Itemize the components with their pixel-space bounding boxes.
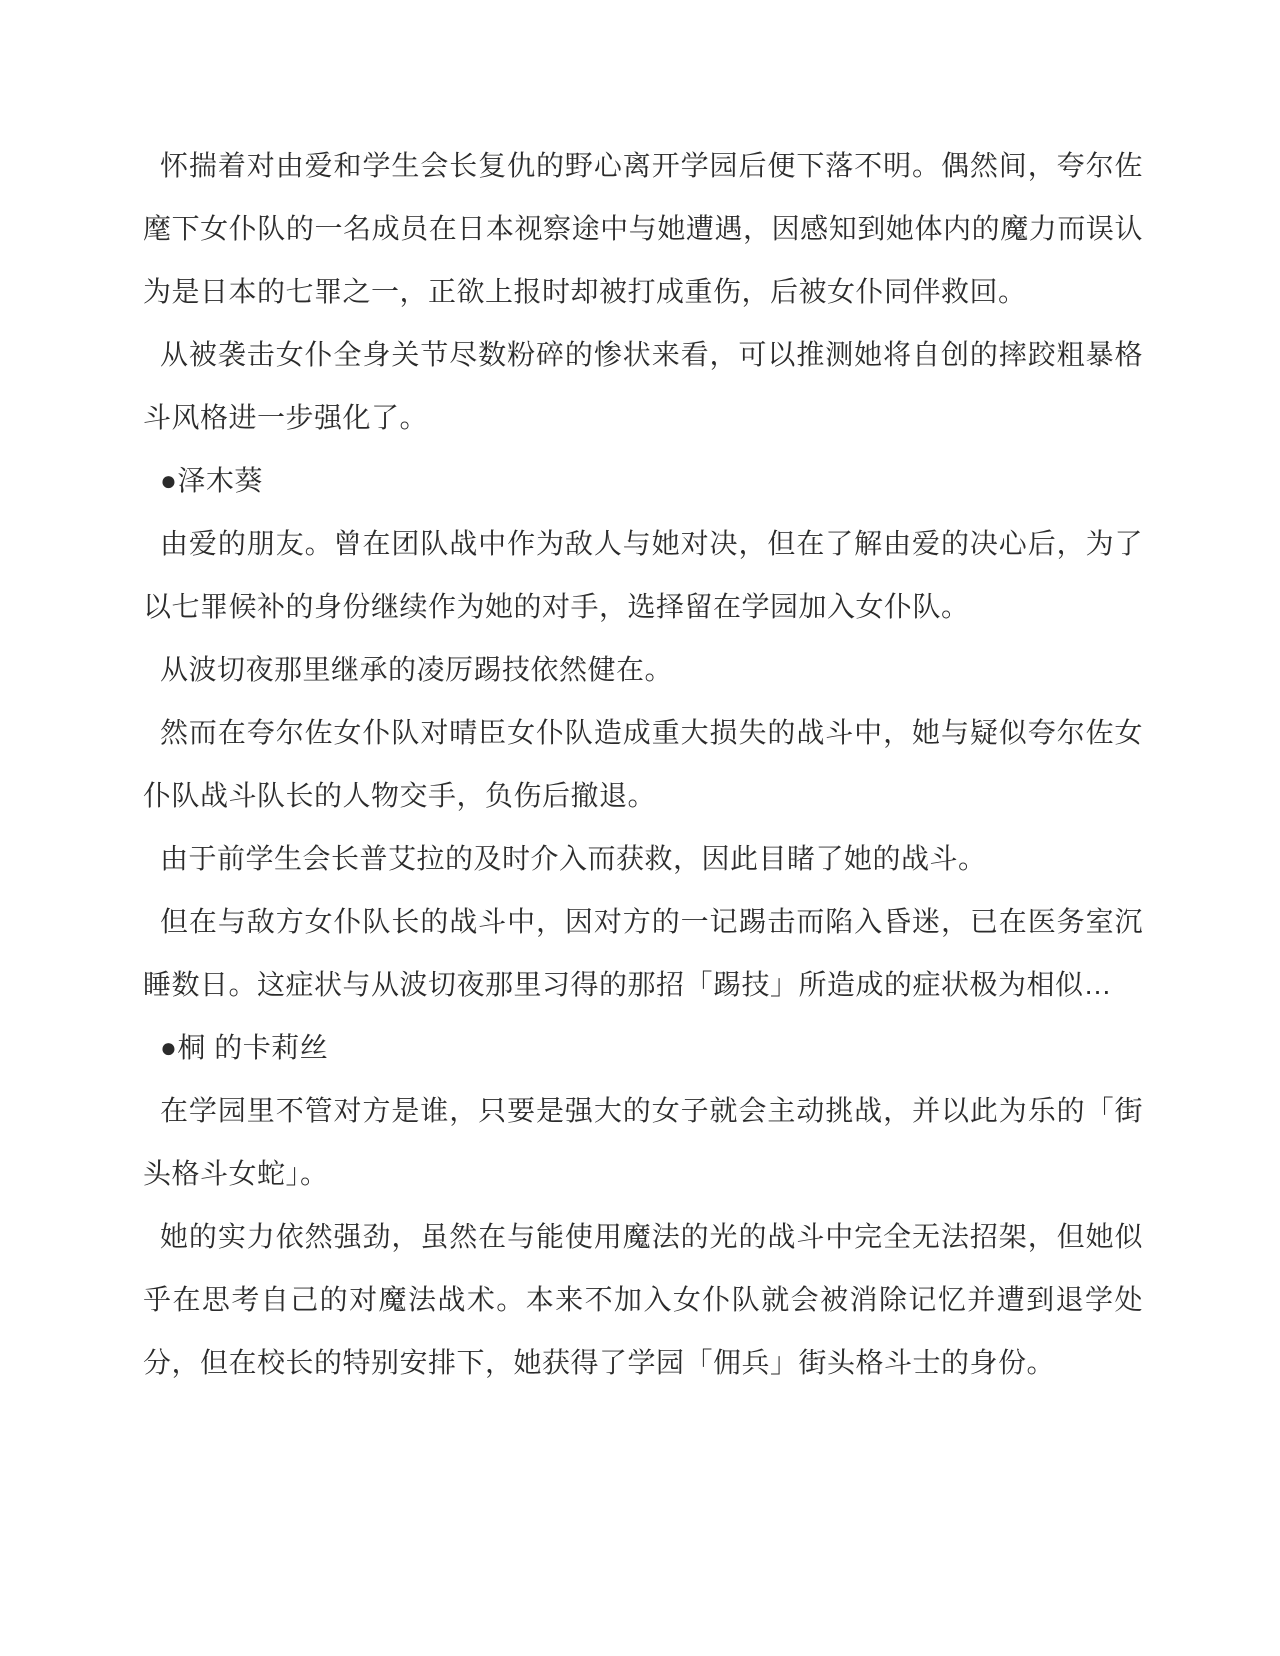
paragraph: 由爱的朋友。曾在团队战中作为敌人与她对决，但在了解由爱的决心后，为了以七罪候补的…: [143, 512, 1143, 638]
document-page: 怀揣着对由爱和学生会长复仇的野心离开学园后便下落不明。偶然间，夸尔佐麾下女仆队的…: [143, 134, 1143, 1394]
section-heading: ●泽木葵: [143, 449, 1143, 512]
paragraph: 怀揣着对由爱和学生会长复仇的野心离开学园后便下落不明。偶然间，夸尔佐麾下女仆队的…: [143, 134, 1143, 323]
paragraph: 在学园里不管对方是谁，只要是强大的女子就会主动挑战，并以此为乐的「街头格斗女蛇」…: [143, 1079, 1143, 1205]
paragraph: 然而在夸尔佐女仆队对晴臣女仆队造成重大损失的战斗中，她与疑似夸尔佐女仆队战斗队长…: [143, 701, 1143, 827]
paragraph: 从波切夜那里继承的凌厉踢技依然健在。: [143, 638, 1143, 701]
paragraph: 她的实力依然强劲，虽然在与能使用魔法的光的战斗中完全无法招架，但她似乎在思考自己…: [143, 1205, 1143, 1394]
section-heading: ●桐 的卡莉丝: [143, 1016, 1143, 1079]
paragraph: 但在与敌方女仆队长的战斗中，因对方的一记踢击而陷入昏迷，已在医务室沉睡数日。这症…: [143, 890, 1143, 1016]
paragraph: 从被袭击女仆全身关节尽数粉碎的惨状来看，可以推测她将自创的摔跤粗暴格斗风格进一步…: [143, 323, 1143, 449]
paragraph: 由于前学生会长普艾拉的及时介入而获救，因此目睹了她的战斗。: [143, 827, 1143, 890]
